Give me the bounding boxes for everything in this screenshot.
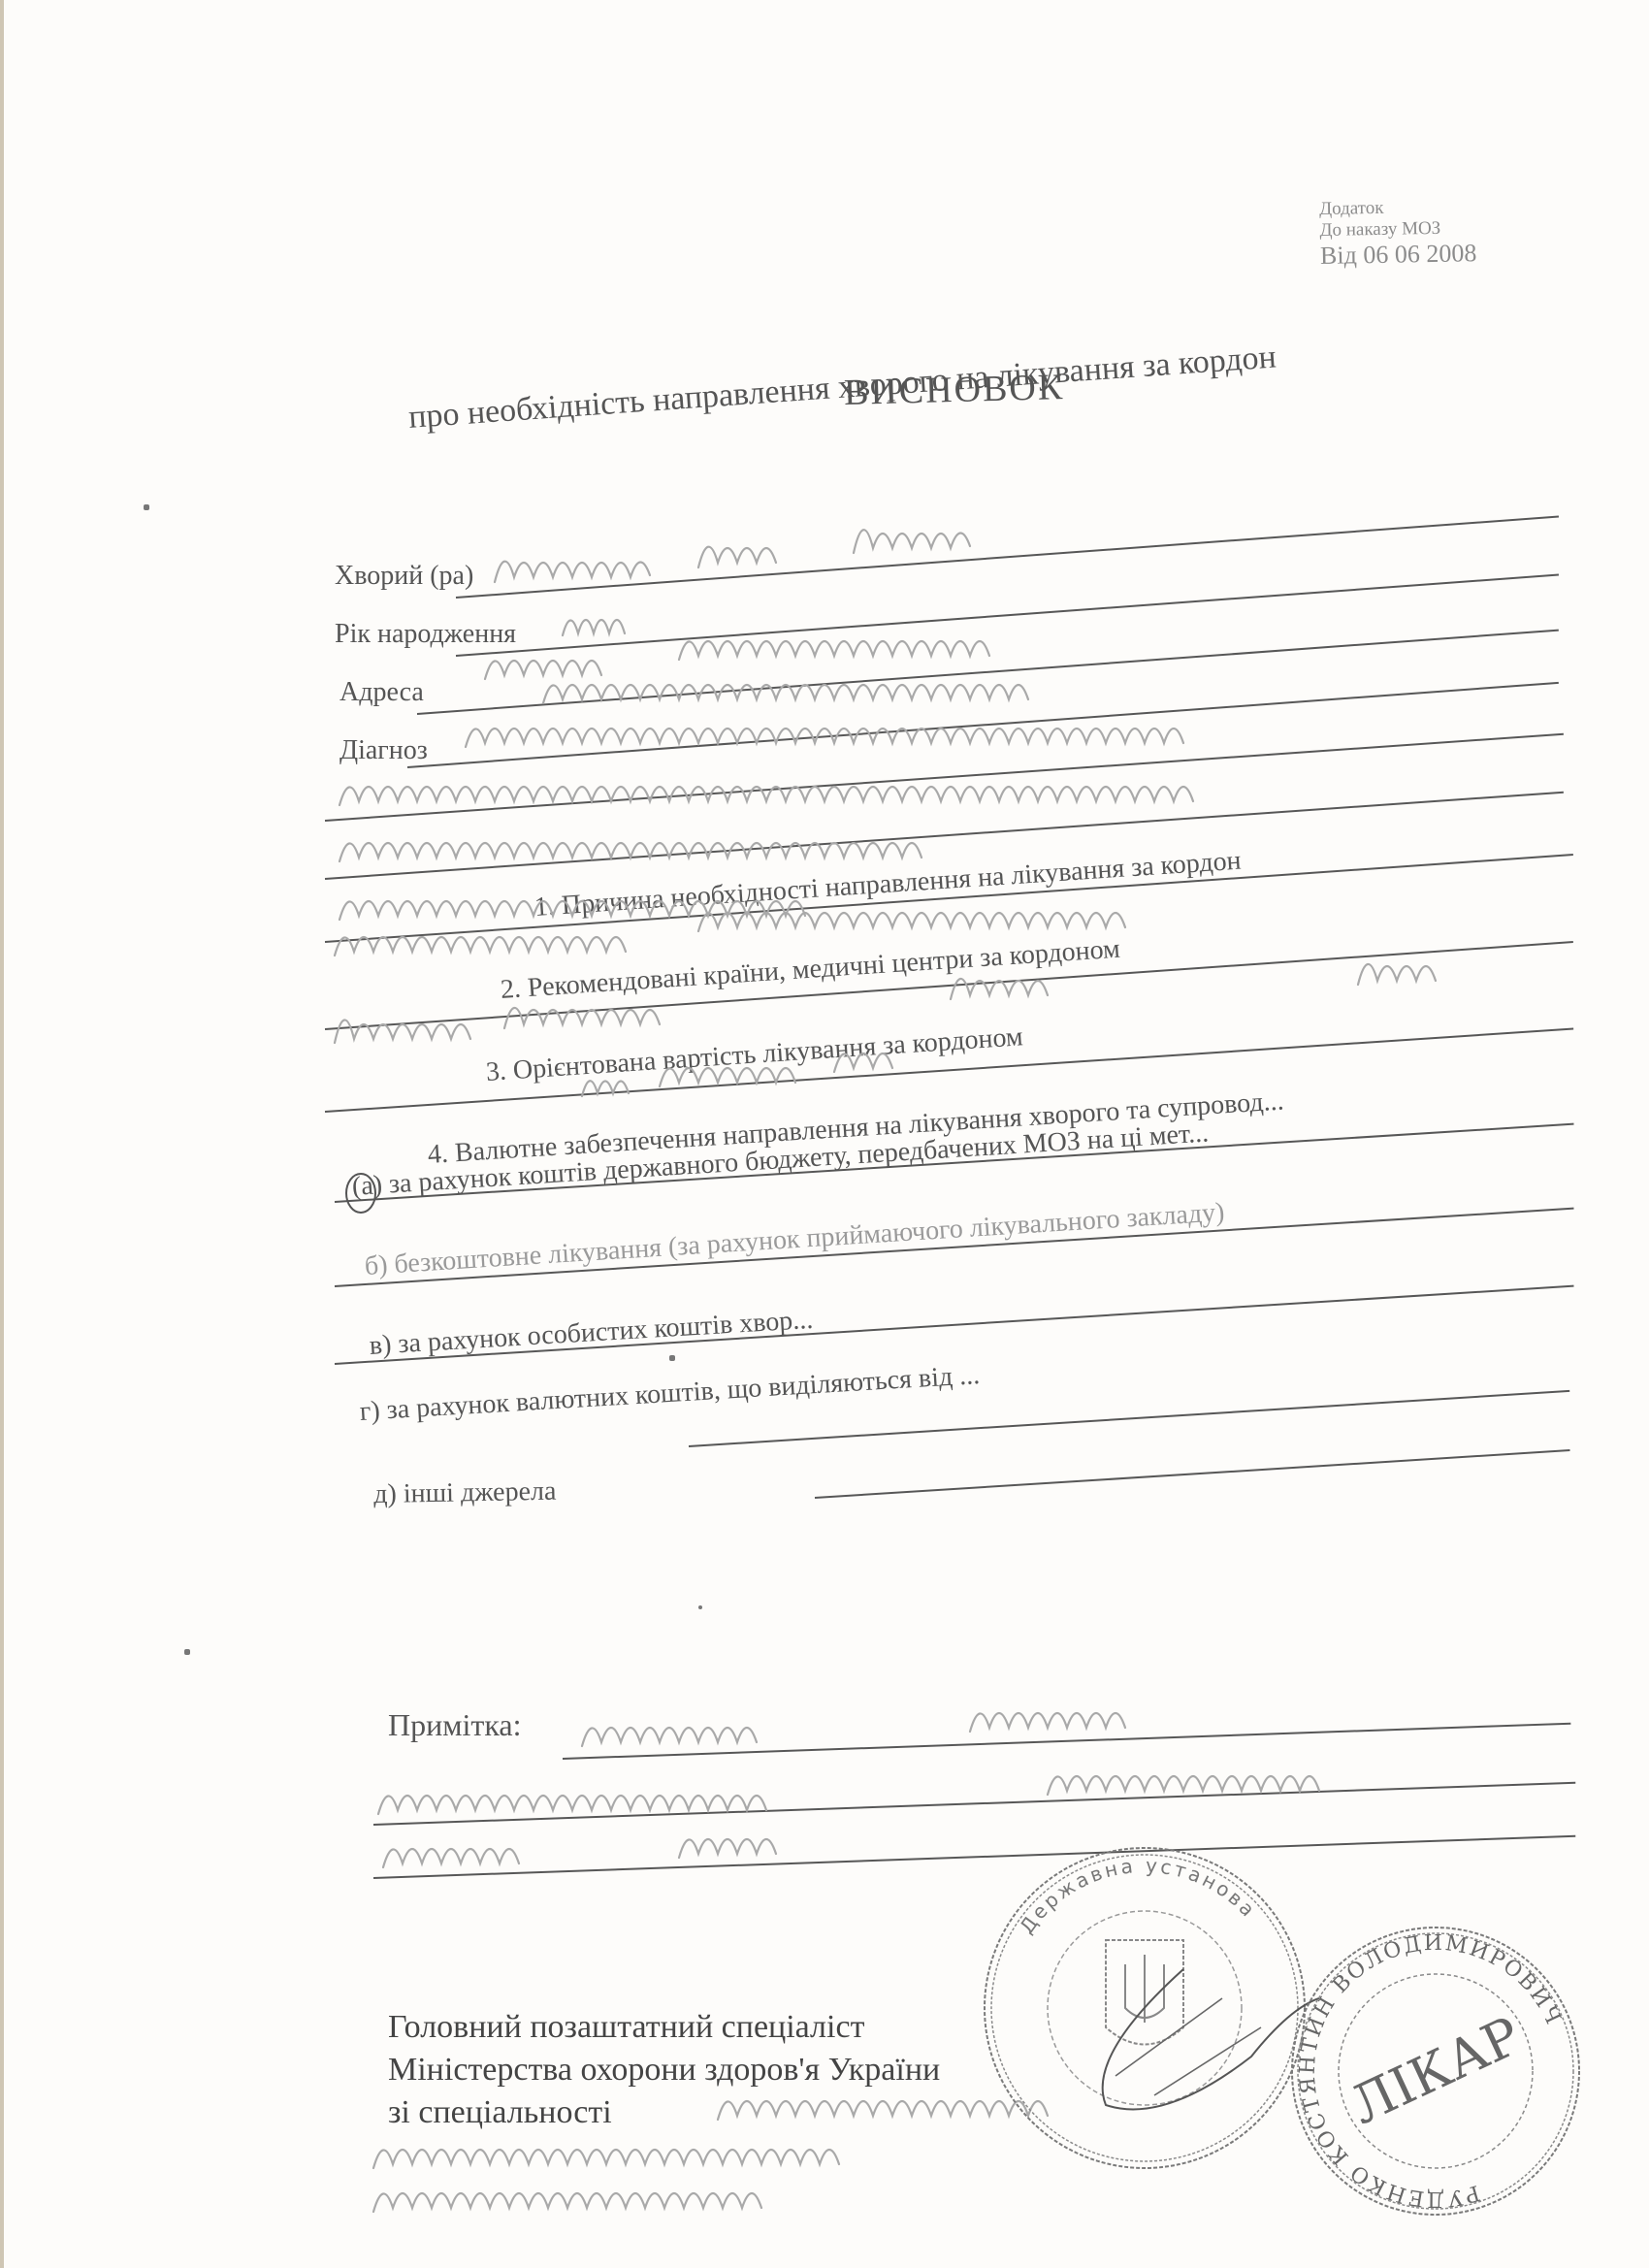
corner-stamp-line2: До наказу МОЗ (1319, 217, 1476, 242)
corner-stamp-date: Від 06 06 2008 (1320, 239, 1477, 271)
note-line-1 (563, 1723, 1570, 1760)
section-3-label: 3. Орієнтована вартість лікування за кор… (485, 1021, 1024, 1088)
patient-label: Хворий (ра) (335, 561, 473, 592)
address-line (417, 630, 1559, 715)
diagnosis-line-1 (407, 682, 1559, 768)
note-line-3 (373, 1835, 1575, 1879)
doctor-stamp-title: ЛІКАР (1341, 2005, 1530, 2136)
signature-block: Головний позаштатний спеціаліст Міністер… (388, 2006, 940, 2134)
funding-option-free-treatment: б) безкоштовне лікування (за рахунок при… (364, 1197, 1225, 1282)
handwriting-birth-year (563, 620, 625, 635)
scan-page-edge (0, 0, 4, 2268)
svg-text:РУДЕНКО КОСТЯНТИН ВОЛОДИМИРОВИ: РУДЕНКО КОСТЯНТИН ВОЛОДИМИРОВИЧ (1280, 1916, 1591, 2226)
institution-stamp: Державна установа (970, 1833, 1319, 2183)
note-label: Примітка: (388, 1707, 522, 1743)
doctor-stamp-name: РУДЕНКО КОСТЯНТИН ВОЛОДИМИРОВИЧ (1280, 1916, 1591, 2226)
document-subtitle: про необхідність направлення хворого на … (407, 339, 1277, 436)
signature-line-3: зі спеціальності (388, 2091, 940, 2134)
signature-stroke (1103, 1969, 1319, 2109)
institution-stamp-text: Державна установа (1015, 1854, 1261, 1938)
diagnosis-line-2 (325, 733, 1564, 822)
funding-option-currency-funds: г) за рахунок валютних коштів, що виділя… (359, 1360, 981, 1428)
scan-speck (669, 1355, 675, 1361)
birth-year-label: Рік народження (335, 619, 516, 650)
note-line-2 (373, 1782, 1575, 1826)
svg-text:Державна установа: Державна установа (1015, 1854, 1261, 1938)
scan-speck (184, 1649, 190, 1655)
signature-line-2: Міністерства охорони здоров'я України (388, 2049, 940, 2091)
corner-reference-stamp: Додаток До наказу МОЗ Від 06 06 2008 (1319, 196, 1477, 271)
funding-option-personal-funds: в) за рахунок особистих коштів хвор... (369, 1305, 814, 1362)
trident-emblem-icon (1106, 1940, 1183, 2045)
handwriting-patient-name (495, 530, 970, 582)
scan-speck (698, 1605, 702, 1609)
corner-stamp-line1: Додаток (1319, 196, 1476, 220)
doctor-stamp: РУДЕНКО КОСТЯНТИН ВОЛОДИМИРОВИЧ ЛІКАР (1280, 1916, 1591, 2226)
address-label: Адреса (339, 677, 424, 708)
funding-option-other-sources: д) інші джерела (373, 1476, 557, 1510)
signature-line-1: Головний позаштатний спеціаліст (388, 2006, 940, 2049)
diagnosis-label: Діагноз (339, 735, 428, 766)
scan-speck (144, 504, 149, 510)
other-sources-line (815, 1449, 1570, 1499)
handwriting-address (485, 641, 1028, 703)
